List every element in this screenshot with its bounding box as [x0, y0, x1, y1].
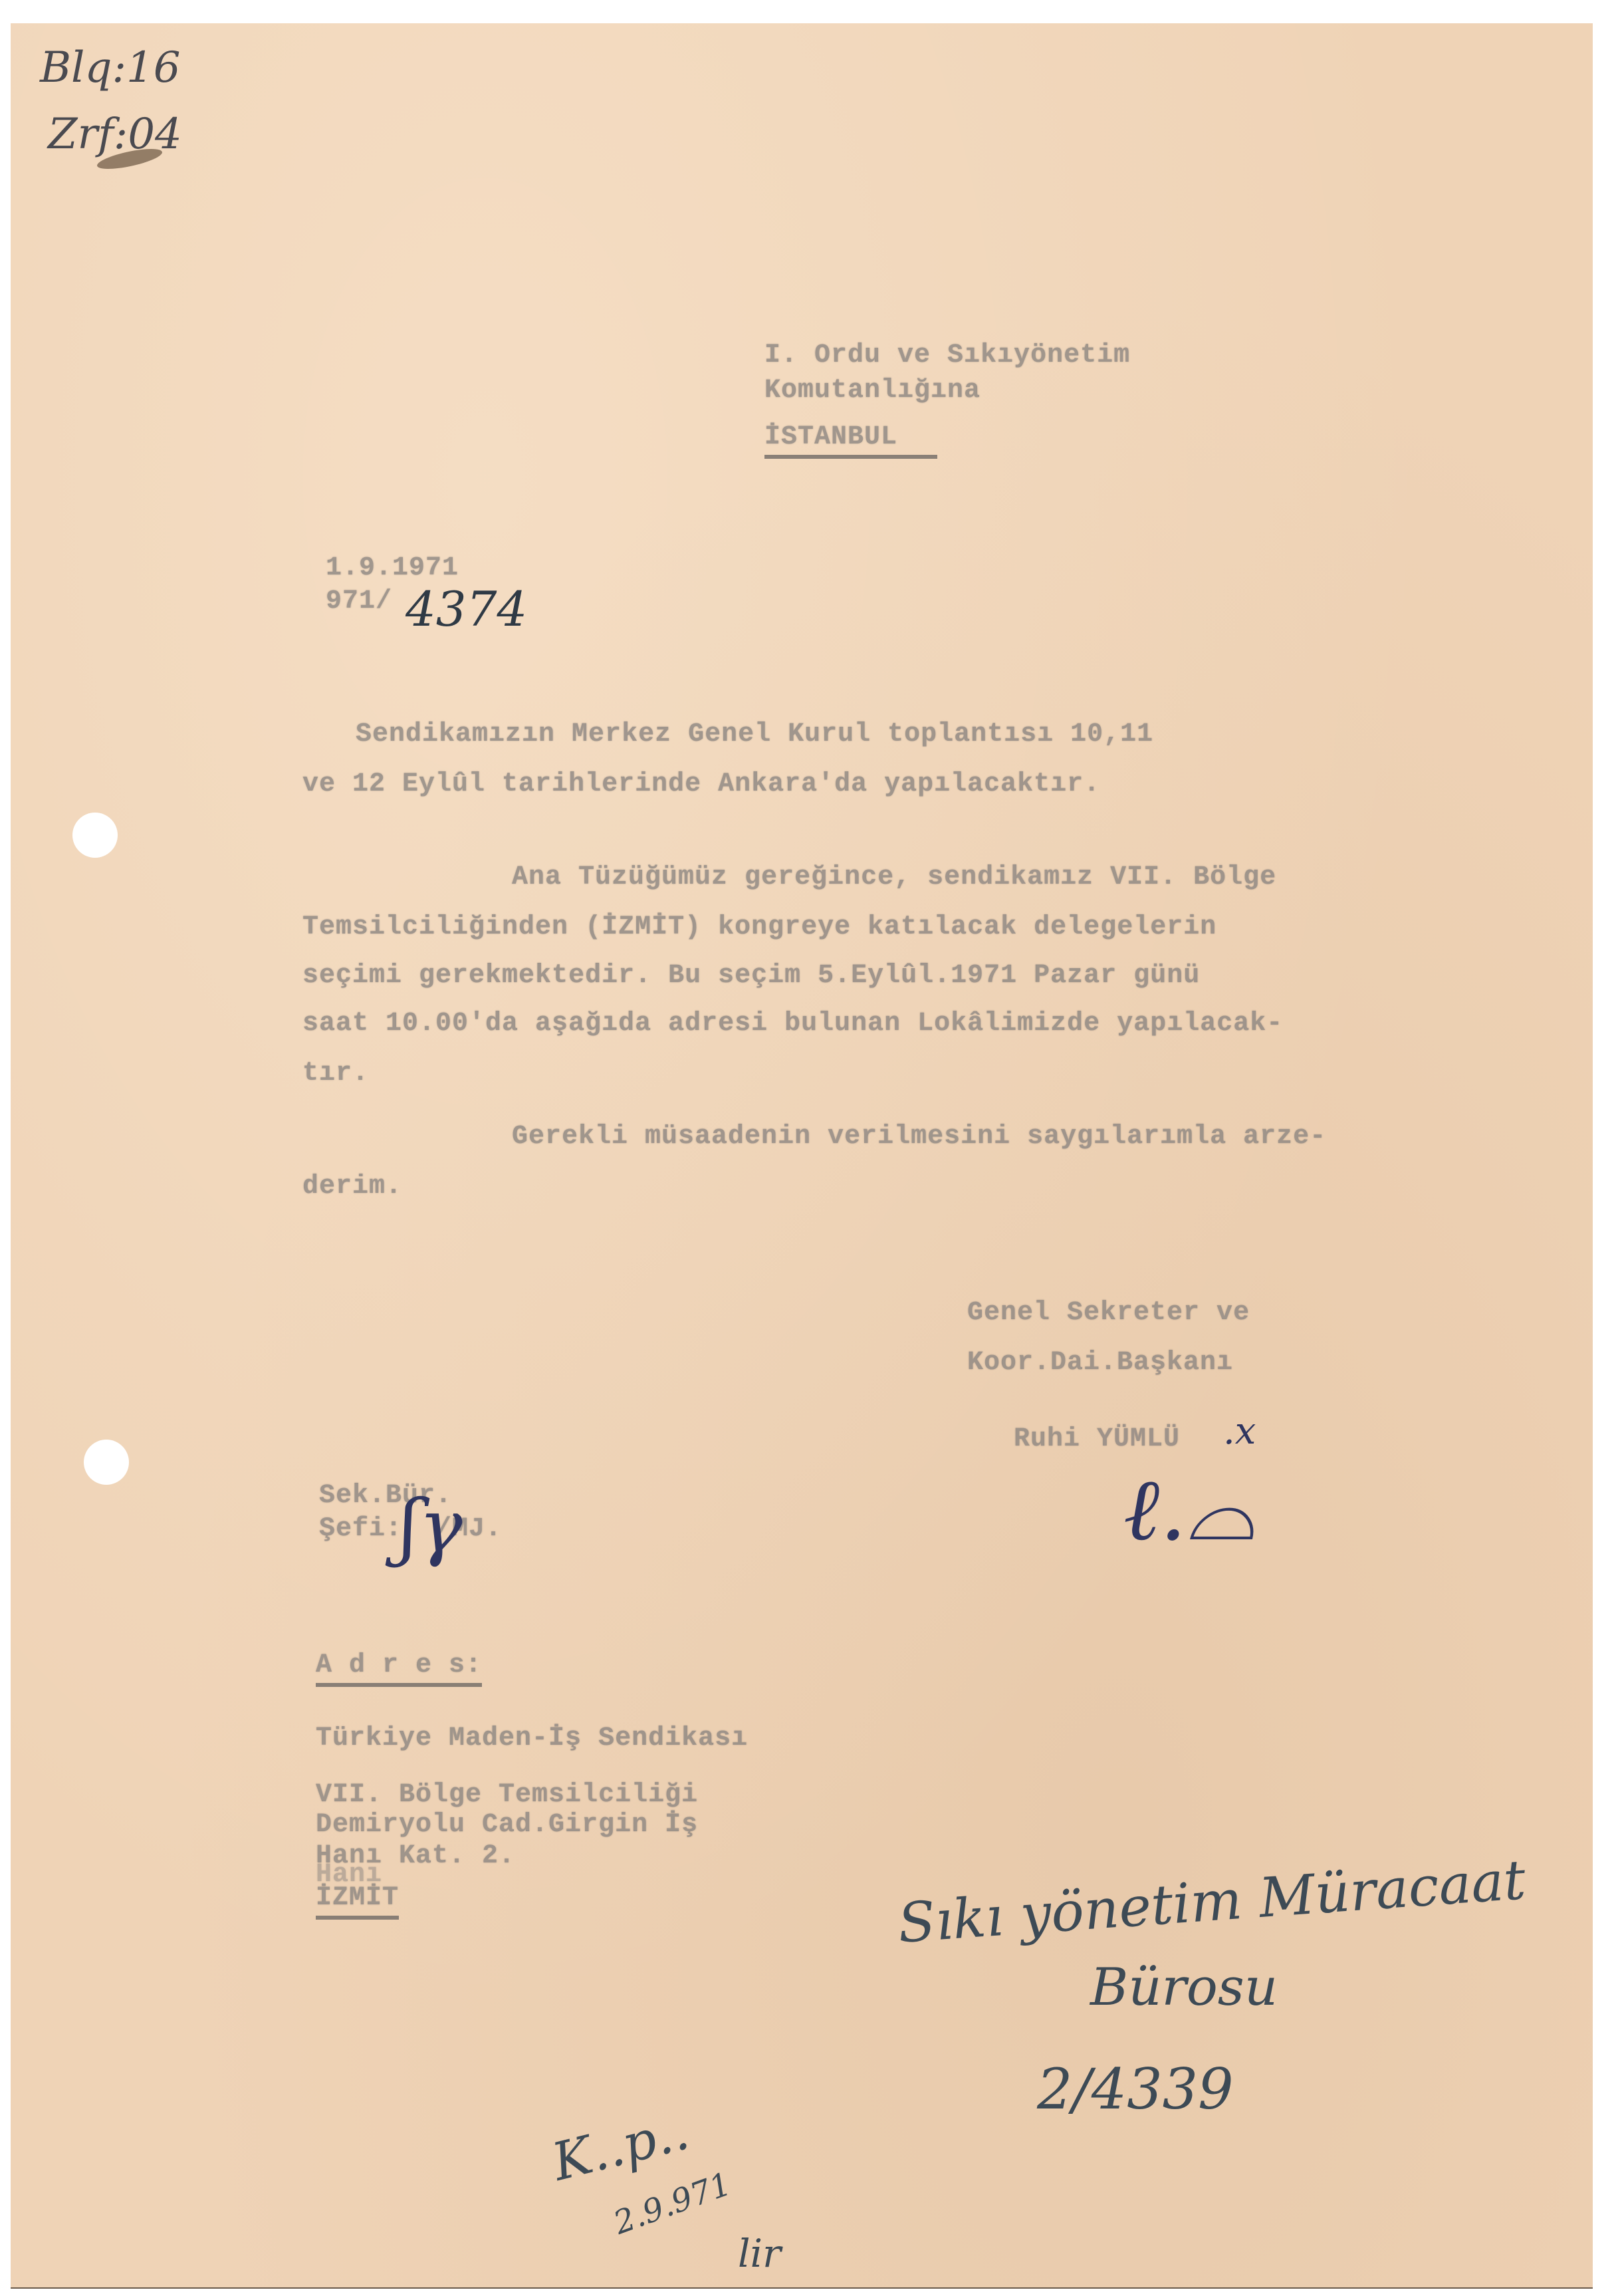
archive-mark-box: Blq:16: [40, 47, 180, 89]
body-p2-line5: tır.: [302, 1061, 369, 1087]
reference-number-handwritten: 4374: [405, 585, 527, 633]
punch-hole-bottom: [84, 1440, 129, 1485]
routing-note-number: 2/4339: [1037, 2061, 1234, 2117]
punch-hole-top: [72, 813, 118, 858]
recipient-city: İSTANBUL: [764, 424, 937, 459]
document-date: 1.9.1971: [326, 555, 459, 582]
body-p2-line2: Temsilciliğinden (İZMİT) kongreye katıla…: [302, 914, 1216, 941]
office-initials: ʃγ: [399, 1489, 463, 1563]
recipient-line1: I. Ordu ve Sıkıyönetim: [764, 342, 1130, 369]
body-p2-line4: saat 10.00'da aşağıda adresi bulunan Lok…: [302, 1011, 1283, 1037]
signatory-title-line1: Genel Sekreter ve: [967, 1300, 1250, 1327]
archive-mark-folder: Zrf:04: [48, 113, 182, 156]
body-p1-line2: ve 12 Eylûl tarihlerinde Ankara'da yapıl…: [302, 771, 1100, 798]
address-line2: VII. Bölge Temsilciliği: [316, 1782, 698, 1809]
body-p1-line1: Sendikamızın Merkez Genel Kurul toplantı…: [356, 721, 1153, 748]
body-p2-line3: seçimi gerekmektedir. Bu seçim 5.Eylûl.1…: [302, 963, 1200, 989]
address-city: İZMİT: [316, 1885, 399, 1920]
signature: ℓ.⌓: [1123, 1466, 1255, 1553]
signatory-title-line2: Koor.Dai.Başkanı: [967, 1350, 1233, 1376]
address-heading: A d r e s:: [316, 1652, 482, 1687]
signatory-mark: .x: [1223, 1413, 1256, 1450]
routing-note-line2: Bürosu: [1090, 1962, 1278, 2013]
recipient-line2: Komutanlığına: [764, 378, 981, 404]
signatory-name: Ruhi YÜMLÜ: [1014, 1426, 1180, 1453]
reference-number-typed: 971/: [326, 588, 392, 615]
body-p2-line1: Ana Tüzüğümüz gereğince, sendikamız VII.…: [512, 864, 1276, 891]
body-p3-line1: Gerekli müsaadenin verilmesini saygıları…: [512, 1124, 1326, 1150]
bottom-note-line3: lir: [738, 2234, 781, 2273]
address-line1: Türkiye Maden-İş Sendikası: [316, 1725, 748, 1752]
body-p3-line2: derim.: [302, 1174, 402, 1200]
address-line3: Demiryolu Cad.Girgin İş: [316, 1812, 698, 1839]
